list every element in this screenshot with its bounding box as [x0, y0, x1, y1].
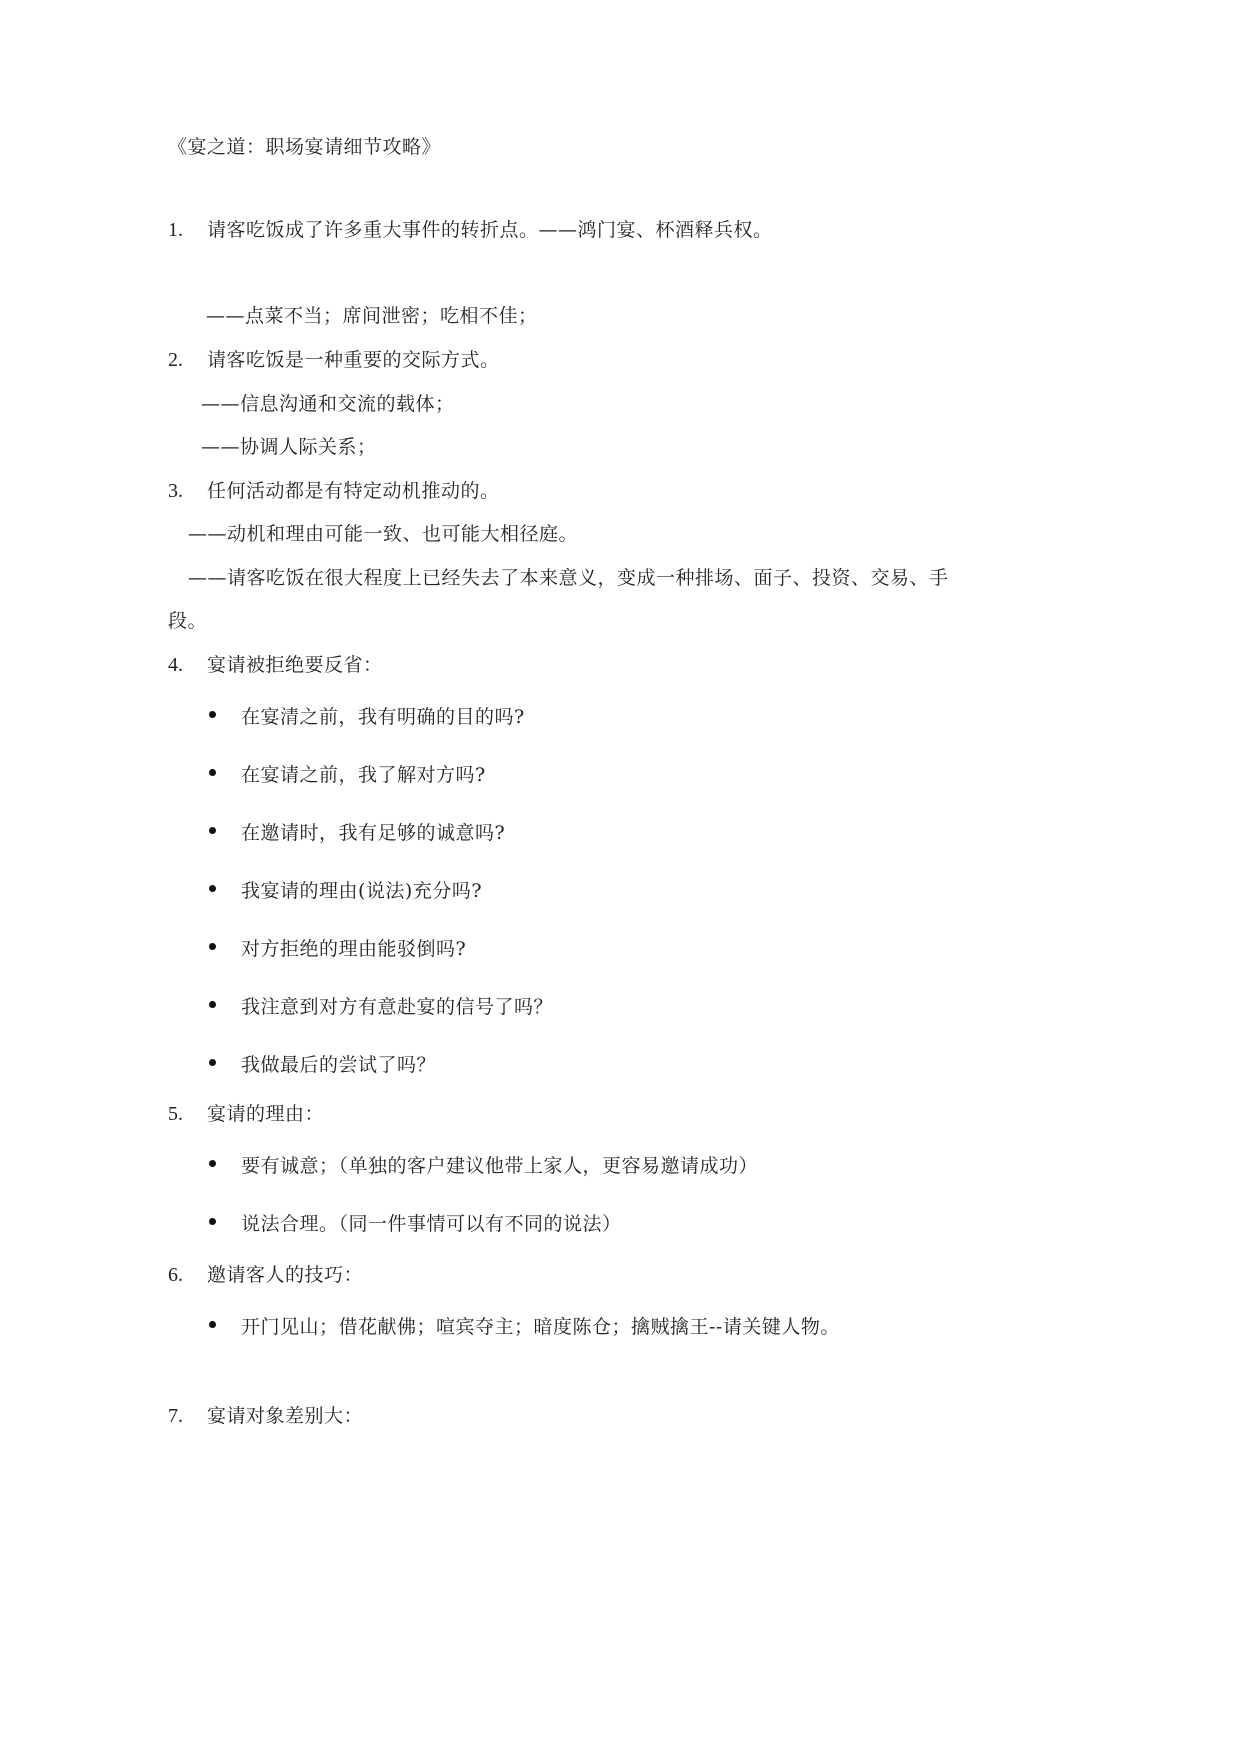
list-item: 开门见山；借花献佛；喧宾夺主；暗度陈仓；擒贼擒王--请关键人物。 — [241, 1315, 840, 1339]
section-heading: 请客吃饭是一种重要的交际方式。 — [207, 348, 500, 372]
section-number: 3. — [168, 479, 183, 503]
list-item: 我做最后的尝试了吗？ — [241, 1053, 436, 1077]
section-heading: 宴请的理由： — [207, 1102, 324, 1126]
list-item: 在邀请时，我有足够的诚意吗? — [241, 821, 505, 845]
section-number: 4. — [168, 653, 183, 677]
list-item: 要有诚意；（单独的客户建议他带上家人，更容易邀请成功） — [241, 1154, 758, 1178]
bullet-icon — [209, 1160, 216, 1167]
section-number: 5. — [168, 1102, 183, 1126]
list-item: 我宴请的理由(说法)充分吗? — [241, 879, 482, 903]
section-subline: ——点菜不当；席间泄密；吃相不佳； — [206, 304, 538, 328]
section-number: 2. — [168, 348, 183, 372]
bullet-icon — [209, 827, 216, 834]
section-heading: 请客吃饭成了许多重大事件的转折点。——鸿门宴、杯酒释兵权。 — [207, 218, 773, 242]
list-item: 说法合理。（同一件事情可以有不同的说法） — [241, 1212, 622, 1236]
section-subline: ——信息沟通和交流的载体； — [201, 392, 455, 416]
section-subline: ——协调人际关系； — [201, 435, 377, 459]
section-number: 7. — [168, 1404, 183, 1428]
bullet-icon — [209, 1059, 216, 1066]
bullet-icon — [209, 885, 216, 892]
section-subline: 段。 — [168, 609, 207, 633]
bullet-icon — [209, 1218, 216, 1225]
section-number: 1. — [168, 218, 183, 242]
list-item: 我注意到对方有意赴宴的信号了吗？ — [241, 995, 553, 1019]
bullet-icon — [209, 769, 216, 776]
list-item: 对方拒绝的理由能驳倒吗? — [241, 937, 466, 961]
section-heading: 任何活动都是有特定动机推动的。 — [207, 479, 500, 503]
bullet-icon — [209, 1001, 216, 1008]
list-item: 在宴清之前，我有明确的目的吗? — [241, 705, 525, 729]
section-subline: ——动机和理由可能一致、也可能大相径庭。 — [188, 522, 578, 546]
section-number: 6. — [168, 1263, 183, 1287]
section-subline: ——请客吃饭在很大程度上已经失去了本来意义，变成一种排场、面子、投资、交易、手 — [188, 566, 949, 590]
bullet-icon — [209, 943, 216, 950]
bullet-icon — [209, 1321, 216, 1328]
section-heading: 宴请对象差别大： — [207, 1404, 363, 1428]
document-title: 《宴之道：职场宴请细节攻略》 — [168, 135, 441, 159]
list-item: 在宴请之前，我了解对方吗? — [241, 763, 486, 787]
section-heading: 宴请被拒绝要反省： — [207, 653, 383, 677]
bullet-icon — [209, 711, 216, 718]
document-page: 《宴之道：职场宴请细节攻略》 1. 请客吃饭成了许多重大事件的转折点。——鸿门宴… — [0, 0, 1241, 1754]
section-heading: 邀请客人的技巧： — [207, 1263, 363, 1287]
